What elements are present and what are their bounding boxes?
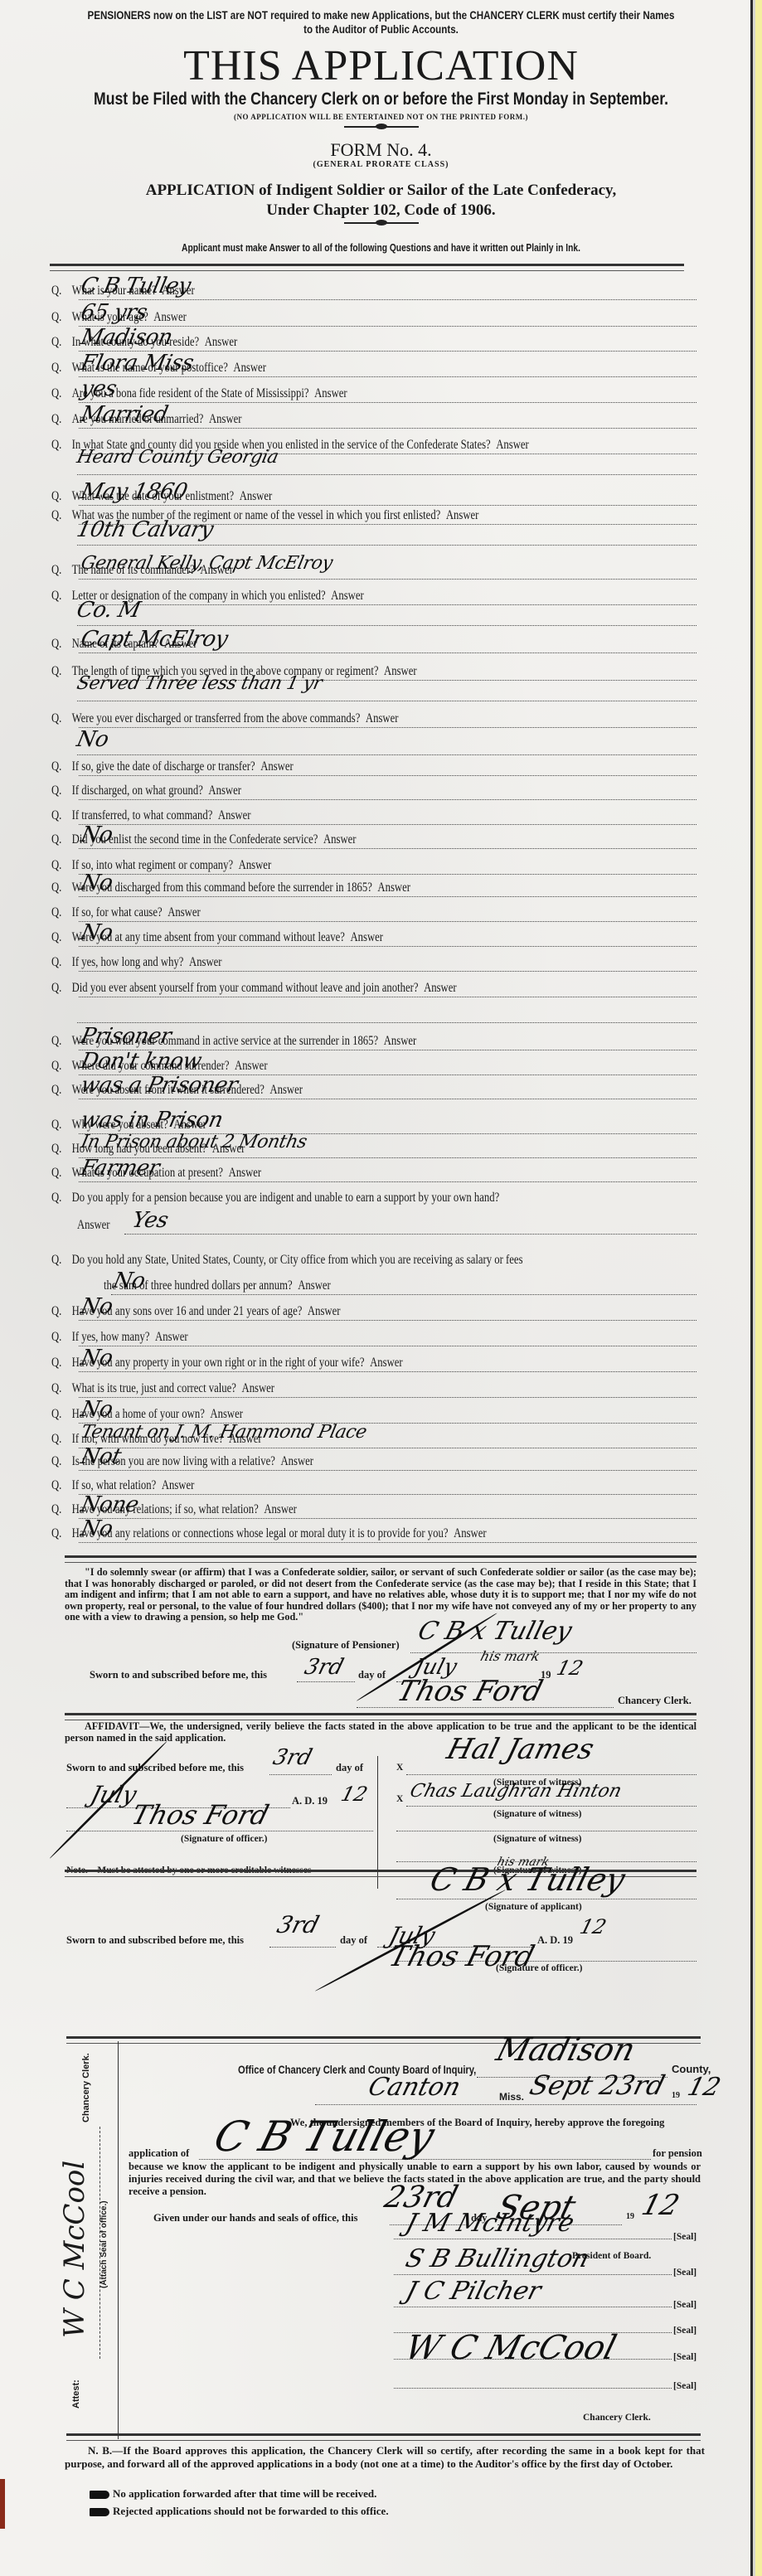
- pensioner-notice: PENSIONERS now on the LIST are NOT requi…: [53, 8, 708, 36]
- day-of-label: day of: [358, 1669, 386, 1681]
- section-rule: [50, 264, 684, 271]
- question-text: If so, give the date of discharge or tra…: [72, 759, 255, 774]
- question-row: Q.Do you hold any State, United States, …: [51, 1253, 523, 1268]
- q-marker: Q.: [51, 783, 72, 798]
- scan-edge: [750, 0, 762, 2576]
- chancery-clerk-label: Chancery Clerk.: [618, 1695, 692, 1707]
- q-marker: Q.: [51, 1083, 72, 1098]
- sworn-day: 3rd: [302, 1655, 347, 1680]
- answer-label: Answer: [162, 1478, 195, 1492]
- q-marker: Q.: [51, 1526, 72, 1541]
- q-marker: Q.: [51, 1253, 72, 1268]
- answer-value: Married: [79, 402, 170, 427]
- application-of-label: application of: [129, 2147, 189, 2160]
- question-row: Q.What is its true, just and correct val…: [51, 1381, 274, 1396]
- answer-label: Answer: [314, 386, 347, 400]
- answer-line: [77, 474, 696, 475]
- applicant-sworn-prefix: Sworn to and subscribed before me, this: [66, 1934, 244, 1947]
- witness-signature-2: Chas Laughran Hinton: [408, 1781, 624, 1802]
- answer-value: Don't know: [79, 1049, 204, 1074]
- place-line: [315, 2104, 696, 2105]
- answer-line: [79, 727, 696, 728]
- application-title-line-2: Under Chapter 102, Code of 1906.: [0, 201, 762, 221]
- answer-label: Answer: [153, 310, 187, 324]
- q-marker: Q.: [51, 284, 72, 298]
- answer-value: yes: [79, 376, 119, 401]
- q-marker: Q.: [51, 711, 72, 726]
- q-marker: Q.: [51, 1478, 72, 1493]
- q-marker: Q.: [51, 858, 72, 873]
- answer-value: Farmer: [79, 1156, 162, 1181]
- question-text: Were you at any time absent from your co…: [72, 930, 345, 944]
- q-marker: Q.: [51, 412, 72, 427]
- q-marker: Q.: [51, 637, 72, 652]
- affidavit-sworn-prefix: Sworn to and subscribed before me, this: [66, 1762, 244, 1774]
- question-text: Did you ever absent yourself from your c…: [72, 981, 419, 995]
- question-text: If yes, how many?: [72, 1330, 150, 1344]
- section-rule: [66, 2433, 701, 2441]
- pensioner-signature-label: (Signature of Pensioner): [292, 1639, 400, 1652]
- q-marker: Q.: [51, 1304, 72, 1319]
- answer-line: [79, 505, 696, 506]
- answer-label: Answer: [209, 412, 242, 426]
- board-applicant-name: C B Tulley: [209, 2113, 439, 2161]
- instructions: Applicant must make Answer to all of the…: [69, 242, 694, 254]
- answer-line: [79, 824, 696, 825]
- question-text: If discharged, on what ground?: [72, 783, 203, 798]
- answer-line: [79, 1518, 696, 1519]
- q-marker: Q.: [51, 1432, 72, 1447]
- answer-value: Capt McElroy: [79, 627, 230, 652]
- ornament-divider: [344, 126, 419, 128]
- sworn-text: Sworn to and subscribed before me, this: [90, 1669, 267, 1681]
- application-title-line-1: APPLICATION of Indigent Soldier or Sailo…: [0, 181, 762, 201]
- affidavit-divider: [377, 1756, 378, 1889]
- affidavit-officer-signature: Thos Ford: [129, 1799, 272, 1831]
- answer-label: Answer: [350, 930, 383, 944]
- q-marker: Q.: [51, 808, 72, 823]
- footer-note-2: Rejected applications should not be forw…: [90, 2505, 389, 2518]
- side-seal-label: (Attach Seal of office.): [99, 2200, 109, 2288]
- q-marker: Q.: [51, 664, 72, 679]
- filing-deadline: Must be Filed with the Chancery Clerk on…: [61, 90, 701, 109]
- witness-signature-1: Hal James: [444, 1733, 598, 1766]
- clerk-signature: Thos Ford: [394, 1675, 546, 1708]
- q-marker: Q.: [51, 438, 72, 453]
- answer-label: Answer: [308, 1304, 341, 1318]
- answer-label: Answer: [280, 1454, 313, 1468]
- q-marker: Q.: [51, 1454, 72, 1469]
- answer-label: Answer: [269, 1083, 303, 1097]
- answer-value: Co. M: [75, 598, 143, 623]
- applicant-line: [396, 1899, 696, 1899]
- q-marker: Q.: [51, 386, 72, 401]
- question-text: If transferred, to what command?: [72, 808, 213, 822]
- answer-label: Answer: [384, 1034, 417, 1048]
- officer-line: [66, 1831, 373, 1831]
- affidavit-text: AFFIDAVIT—We, the undersigned, verily be…: [65, 1721, 696, 1744]
- answer-line: [79, 604, 696, 605]
- q-marker: Q.: [51, 1118, 72, 1133]
- answer-label: Answer: [167, 905, 201, 919]
- given-year-prefix: 19: [626, 2212, 634, 2221]
- question-text: What is its true, just and correct value…: [72, 1381, 236, 1395]
- answer-value: Tenant on J. M. Hammond Place: [79, 1422, 368, 1443]
- answer-line: [79, 1397, 696, 1398]
- answer-line: [77, 1022, 696, 1023]
- seal-line: [394, 2388, 672, 2389]
- question-text: If so, for what cause?: [72, 905, 163, 919]
- answer-label: Answer: [229, 1166, 262, 1180]
- answer-label: Answer: [235, 1059, 268, 1073]
- answer-line: [79, 971, 696, 972]
- question-row: Q.Do you apply for a pension because you…: [51, 1191, 499, 1206]
- question-text: If so, what relation?: [72, 1478, 157, 1492]
- answer-value: Heard County Georgia: [75, 447, 280, 468]
- pointing-hand-icon: [90, 2508, 109, 2516]
- q-marker: Q.: [51, 759, 72, 774]
- answer-value: No: [79, 1516, 115, 1541]
- q-marker: Q.: [51, 981, 72, 996]
- answer-label: Answer: [189, 955, 222, 969]
- pensioner-signature: C B x Tulley: [415, 1617, 575, 1646]
- witness-line-3: [396, 1831, 696, 1831]
- question-text: Were you ever discharged or transferred …: [72, 711, 361, 725]
- board-year-prefix: 19: [672, 2091, 680, 2100]
- form-class: (GENERAL PRORATE CLASS): [0, 160, 762, 169]
- question-row: Q.Have you any relations or connections …: [51, 1526, 487, 1541]
- q-marker: Q.: [51, 361, 72, 376]
- q-marker: Q.: [51, 1356, 72, 1370]
- seal-line: [394, 2239, 672, 2239]
- q-marker: Q.: [51, 563, 72, 578]
- answer-label: Answer: [384, 664, 417, 678]
- answer-label: Answer: [264, 1502, 297, 1516]
- answer-line: [111, 1294, 696, 1295]
- answer-line: [77, 754, 696, 755]
- answer-line: [79, 402, 696, 403]
- applicant-name-line: [199, 2159, 651, 2160]
- applicant-sworn-day: 3rd: [274, 1911, 323, 1938]
- board-miss-label: Miss.: [499, 2091, 524, 2103]
- applicant-mark-note: his mark: [496, 1856, 551, 1869]
- for-pension-label: for pension: [653, 2147, 702, 2160]
- sworn-prefix: Sworn to and subscribed before me, this: [90, 1669, 267, 1681]
- application-title: APPLICATION of Indigent Soldier or Sailo…: [0, 181, 762, 221]
- form-number: FORM No. 4.: [0, 139, 762, 161]
- q-marker: Q.: [51, 1059, 72, 1074]
- q-marker: Q.: [51, 1166, 72, 1181]
- answer-value: 65 yrs: [79, 300, 149, 325]
- answer-line: [79, 946, 696, 947]
- answer-line: [77, 545, 696, 546]
- footer-note-1-text: No application forwarded after that time…: [113, 2487, 376, 2500]
- notice-line-2: to the Auditor of Public Accounts.: [53, 22, 708, 36]
- answer-line: [79, 299, 696, 300]
- applicant-ad: A. D. 19: [537, 1934, 573, 1947]
- q-marker: Q.: [51, 335, 72, 350]
- answer-line: [79, 1470, 696, 1471]
- q-marker: Q.: [51, 1381, 72, 1396]
- answer-line: [79, 997, 696, 997]
- q-marker: Q.: [51, 955, 72, 970]
- answer-value: In Prison about 2 Months: [79, 1132, 308, 1152]
- q-marker: Q.: [51, 1502, 72, 1517]
- answer-label: Answer: [446, 508, 479, 522]
- answer-label: Answer: [370, 1356, 403, 1370]
- answer-line: [79, 1099, 696, 1099]
- answer-value: Prisoner: [79, 1024, 173, 1049]
- question-text: Were you discharged from this command be…: [72, 880, 372, 895]
- answer-line: [79, 1448, 696, 1448]
- day-line: [297, 1681, 355, 1682]
- q-marker: Q.: [51, 310, 72, 325]
- answer-line: [77, 701, 696, 701]
- nb-text: N. B.—If the Board approves this applica…: [65, 2444, 705, 2471]
- answer-line: [79, 896, 696, 897]
- question-row: Q.Did you ever absent yourself from your…: [51, 981, 457, 996]
- answer-line: [79, 652, 696, 653]
- affidavit-day: 3rd: [270, 1745, 315, 1770]
- answer-line: [77, 625, 696, 626]
- q-marker: Q.: [51, 1330, 72, 1345]
- answer-line: [79, 1320, 696, 1321]
- answer-line: [79, 1371, 696, 1372]
- answer-label: Answer: [424, 981, 457, 995]
- answer-line: [79, 874, 696, 875]
- answer-value: No: [79, 920, 115, 945]
- q-marker: Q.: [51, 832, 72, 847]
- answer-label: Answer: [208, 783, 241, 798]
- q-marker: Q.: [51, 489, 72, 504]
- answer-line: [79, 376, 696, 377]
- question-row: Q.If transferred, to what command?Answer: [51, 808, 250, 823]
- day-line: [269, 1774, 332, 1775]
- seal-label: [Seal]: [673, 2268, 696, 2278]
- answer-value: Served Three less than 1 yr: [75, 673, 323, 694]
- witness-label-2: (Signature of witness): [493, 1809, 581, 1819]
- seal-line: [394, 2274, 672, 2275]
- answer-value: No: [110, 1269, 147, 1293]
- pointing-hand-icon: [90, 2491, 109, 2499]
- answer-label: Answer: [210, 1407, 243, 1421]
- question-row: Q.Were you ever discharged or transferre…: [51, 711, 398, 726]
- question-row: Q.If so, what relation?Answer: [51, 1478, 194, 1493]
- notice-line-1: PENSIONERS now on the LIST are NOT requi…: [53, 8, 708, 22]
- answer-value: No: [75, 727, 111, 752]
- answer-value: Madison: [79, 325, 175, 350]
- q-marker: Q.: [51, 880, 72, 895]
- seal-label: [Seal]: [673, 2381, 696, 2391]
- answer-value: Yes: [130, 1208, 171, 1233]
- answer-label: Answer: [155, 1330, 188, 1344]
- seal-label: [Seal]: [673, 2352, 696, 2362]
- answer-line: [79, 848, 696, 849]
- witness-label-3: (Signature of witness): [493, 1834, 581, 1844]
- president-label: President of Board.: [572, 2251, 651, 2261]
- side-clerk-signature: W C McCool: [58, 2161, 91, 2338]
- board-place: Canton: [365, 2073, 464, 2102]
- answer-label: Answer: [242, 1381, 275, 1395]
- answer-label: Answer: [323, 832, 357, 847]
- scan-edge-mark: [0, 2479, 5, 2529]
- affidavit-ad: A. D. 19: [292, 1795, 328, 1807]
- board-member-signature: J M McIntyre: [402, 2209, 577, 2238]
- answer-value: No: [79, 1397, 115, 1422]
- question-text: If yes, how long and why?: [72, 955, 184, 969]
- seal-label: [Seal]: [673, 2300, 696, 2310]
- q-marker: Q.: [51, 1034, 72, 1049]
- board-date: Sept 23rd: [527, 2069, 668, 2101]
- side-clerk-label: Chancery Clerk.: [81, 2053, 91, 2122]
- answer-value: Flora Miss: [79, 351, 196, 376]
- signature-line: [410, 1652, 696, 1653]
- seal-line: [394, 2307, 672, 2307]
- q-marker: Q.: [51, 905, 72, 920]
- board-member-signature: S B Bullington: [402, 2244, 592, 2273]
- answer-label: Answer: [218, 808, 251, 822]
- answer-label: Answer: [366, 711, 399, 725]
- q-marker: Q.: [51, 1191, 72, 1206]
- answer-label: Answer: [331, 589, 364, 603]
- question-row: Q.If yes, how long and why?Answer: [51, 955, 222, 970]
- mark-note: his mark: [478, 1648, 541, 1664]
- officer-label: (Signature of officer.): [181, 1834, 267, 1844]
- board-clerk-label: Chancery Clerk.: [583, 2413, 651, 2423]
- answer-value: No: [79, 871, 115, 895]
- board-county: Madison: [493, 2031, 639, 2068]
- answer-value: No: [79, 1294, 115, 1319]
- page-title: THIS APPLICATION: [0, 41, 762, 90]
- applicant-officer-label: (Signature of officer.): [496, 1963, 582, 1973]
- section-rule: [65, 1713, 696, 1720]
- answer-line: [79, 1157, 696, 1158]
- question-text: Do you hold any State, United States, Co…: [72, 1253, 523, 1267]
- answer-line: [79, 799, 696, 800]
- answer-label: Answer: [260, 759, 294, 774]
- answer-label: Answer: [298, 1278, 331, 1293]
- witness-mark-2: X: [396, 1794, 403, 1804]
- ornament-divider: [344, 222, 419, 224]
- answer-line: [79, 1542, 696, 1543]
- witness-line-2: [406, 1806, 696, 1807]
- answer-label: Answer: [496, 438, 529, 452]
- day-line: [269, 1947, 336, 1948]
- oath-text: "I do solemnly swear (or affirm) that I …: [65, 1567, 696, 1623]
- section-rule: [65, 1555, 696, 1563]
- given-prefix: Given under our hands and seals of offic…: [153, 2212, 357, 2224]
- footer-note-2-text: Rejected applications should not be forw…: [113, 2505, 389, 2517]
- answer-line: [79, 1346, 696, 1346]
- side-attest-label: Attest:: [71, 2380, 81, 2409]
- board-member-signature: W C McCool: [401, 2329, 620, 2367]
- question-text: Do you apply for a pension because you a…: [72, 1191, 500, 1205]
- answer-label: Answer: [205, 335, 238, 349]
- question-row: Q.If so, give the date of discharge or t…: [51, 759, 294, 774]
- q-marker: Q.: [51, 508, 72, 523]
- question-text: Have you any relations or connections wh…: [72, 1526, 449, 1540]
- answer-value: General Kelly, Capt McElroy: [79, 553, 334, 574]
- seal-label: [Seal]: [673, 2232, 696, 2242]
- witness-line-1: [406, 1774, 696, 1775]
- answer-label: Answer: [240, 489, 273, 503]
- footer-note-1: No application forwarded after that time…: [90, 2487, 376, 2501]
- q-marker: Q.: [51, 930, 72, 945]
- board-member-signature: J C Pilcher: [402, 2277, 544, 2306]
- answer-line: [79, 428, 696, 429]
- answer-value: 10th Calvary: [75, 517, 216, 542]
- answer-value: None: [79, 1492, 141, 1517]
- answer-label: Answer: [233, 361, 266, 375]
- question-row: Q.If so, for what cause?Answer: [51, 905, 201, 920]
- answer-value: was a Prisoner: [79, 1073, 240, 1098]
- q-marker: Q.: [51, 1142, 72, 1157]
- answer-line: [79, 775, 696, 776]
- answer-label: Answer: [454, 1526, 487, 1540]
- answer-value: May 1860: [79, 479, 190, 504]
- answer-value: Not: [79, 1444, 124, 1469]
- seal-label: [Seal]: [673, 2326, 696, 2336]
- answer-label: Answer: [77, 1218, 110, 1233]
- question-row: Q.If yes, how many?Answer: [51, 1330, 188, 1345]
- applicant-day-of: day of: [340, 1934, 367, 1947]
- witness-mark-1: X: [396, 1763, 403, 1773]
- answer-line: [79, 1181, 696, 1182]
- board-margin-line: [118, 2041, 119, 2439]
- answer-line: [79, 579, 696, 580]
- printed-form-notice: (NO APPLICATION WILL BE ENTERTAINED NOT …: [0, 113, 762, 121]
- answer-value: was in Prison: [79, 1108, 226, 1133]
- answer-value: C B Tulley: [79, 274, 193, 298]
- answer-label: Answer: [377, 880, 410, 895]
- affidavit-day-of: day of: [336, 1762, 363, 1774]
- answer-line: [124, 1234, 696, 1235]
- q-marker: Q.: [51, 1407, 72, 1422]
- answer-value: No: [79, 822, 115, 847]
- applicant-label: (Signature of applicant): [485, 1902, 582, 1912]
- question-text: Have you any property in your own right …: [72, 1356, 365, 1370]
- question-row: Q.If discharged, on what ground?Answer: [51, 783, 241, 798]
- q-marker: Q.: [51, 589, 72, 604]
- answer-value: No: [79, 1346, 115, 1370]
- answer-line: [79, 1494, 696, 1495]
- answer-label: Answer: [239, 858, 272, 872]
- answer-line: [79, 921, 696, 922]
